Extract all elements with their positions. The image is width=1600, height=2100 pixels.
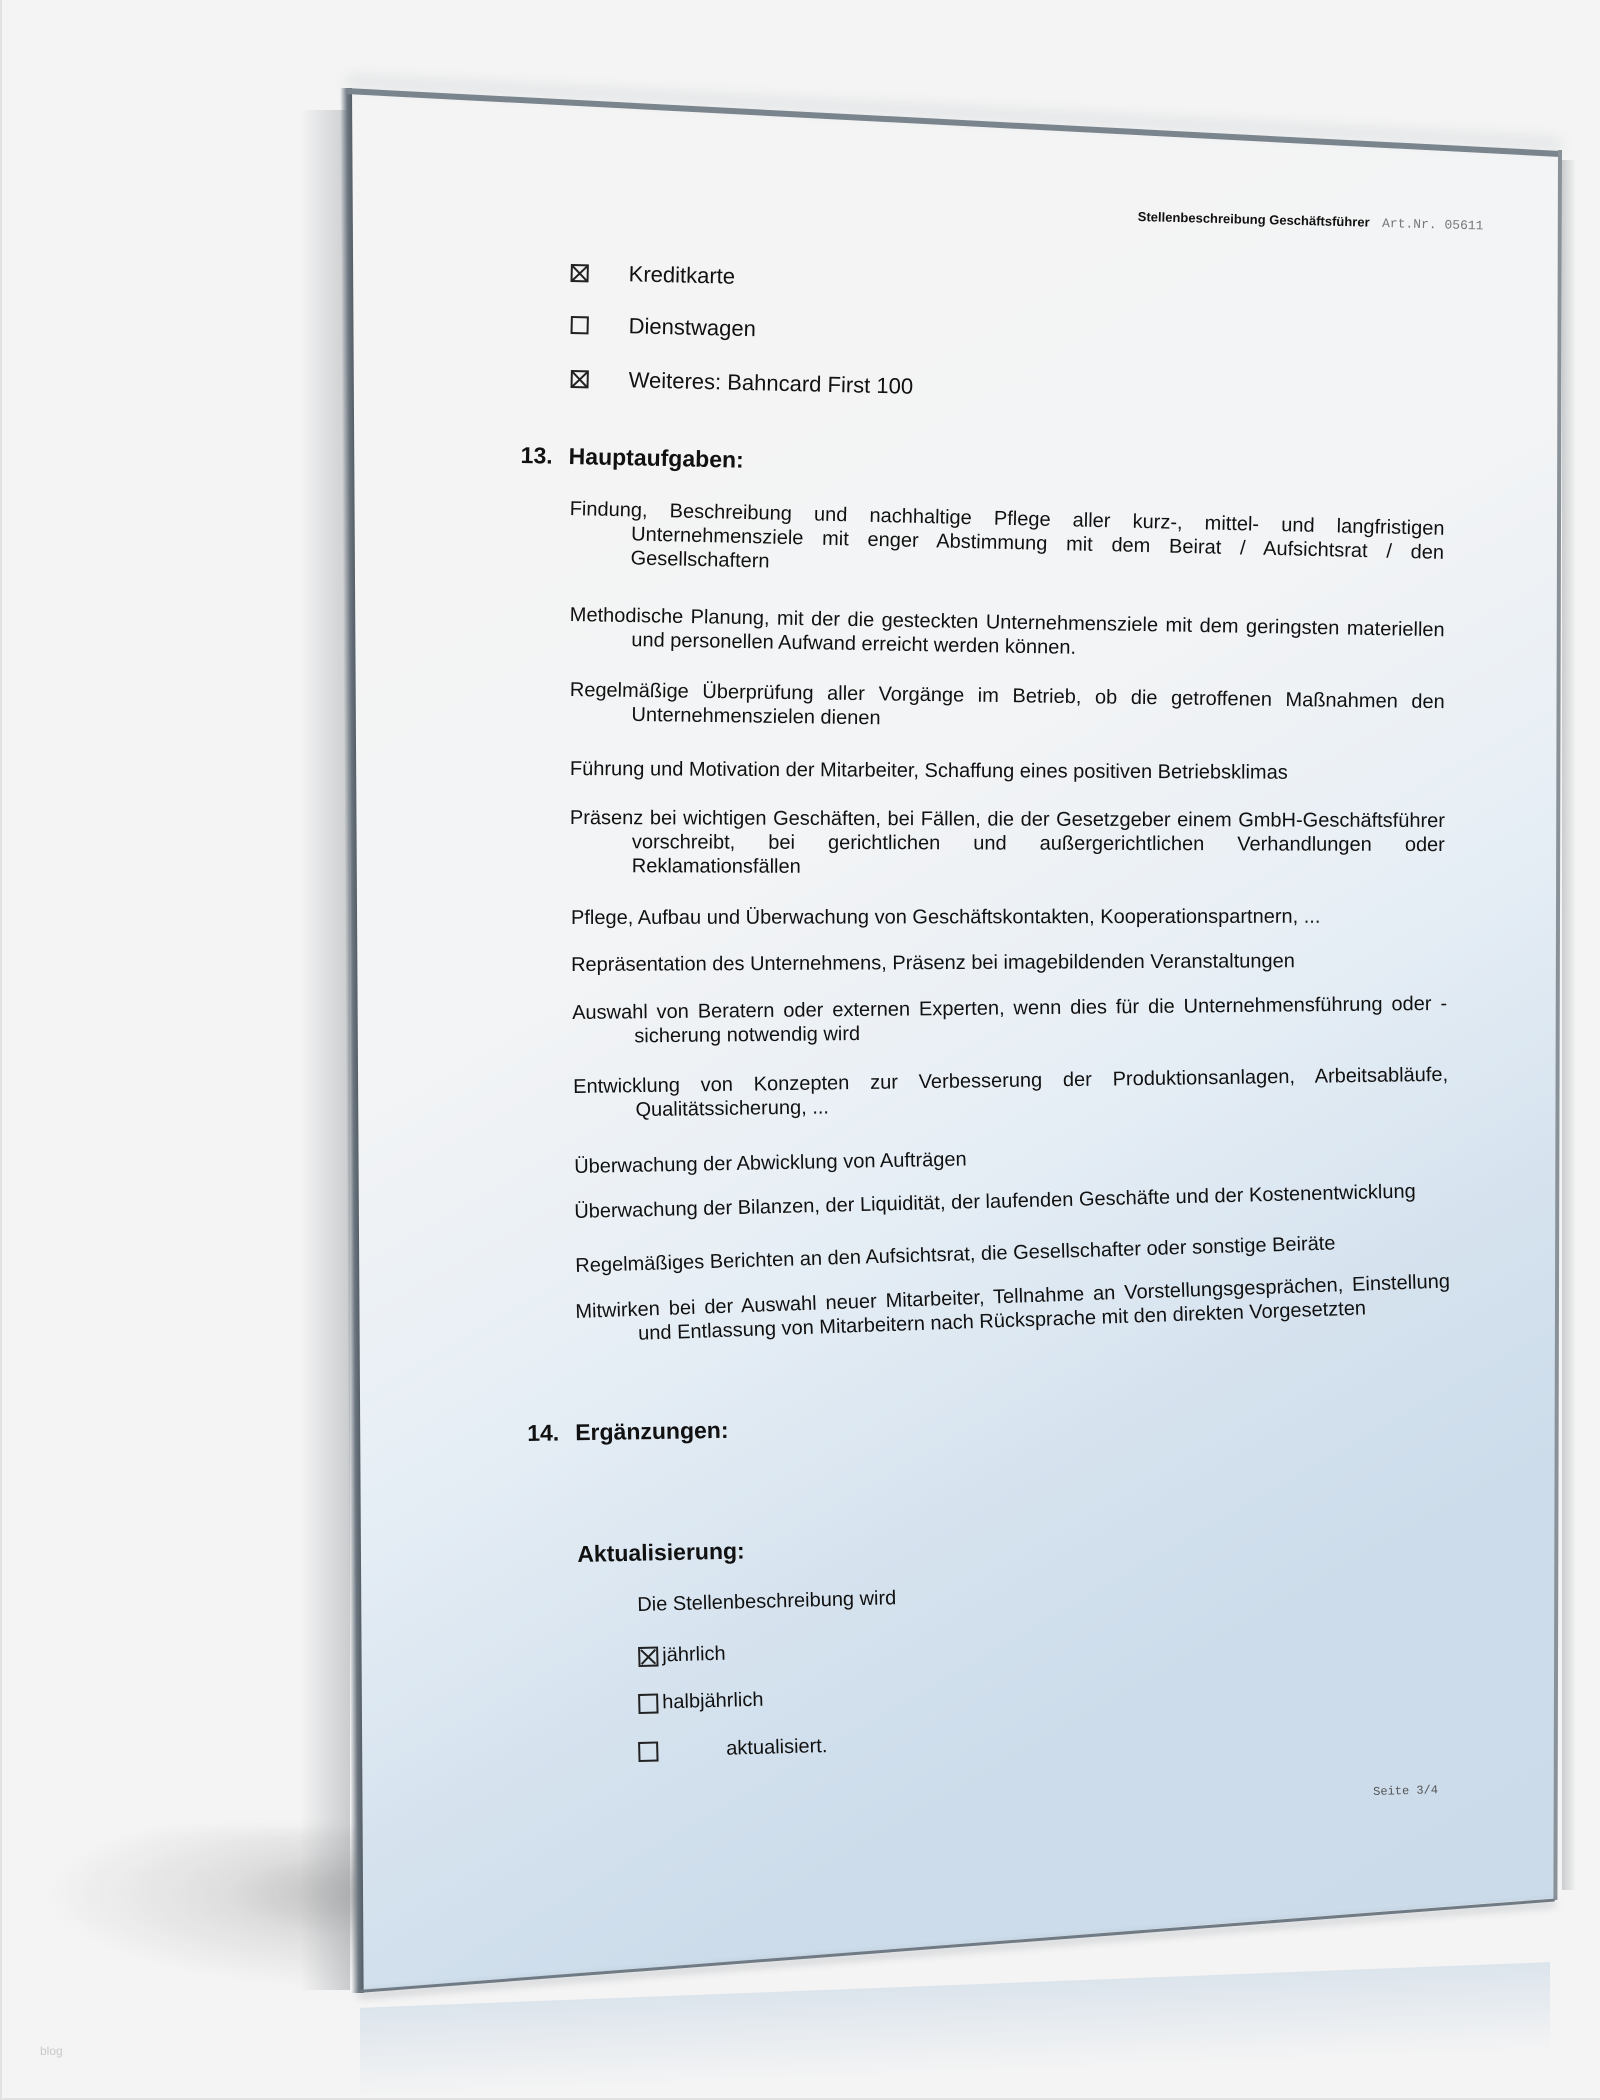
task-item: Pflege, Aufbau und Überwachung von Gesch… (571, 904, 1446, 930)
task-line: Repräsentation des Unternehmens, Präsenz… (571, 948, 1446, 977)
checkbox-checked[interactable] (571, 370, 589, 388)
section-title: Hauptaufgaben: (568, 443, 744, 474)
task-line: Präsenz bei wichtigen Geschäften, bei Fä… (570, 806, 1445, 833)
task-item: Regelmäßiges Berichten an den Aufsichtsr… (575, 1228, 1450, 1278)
task-item: Auswahl von Beratern oder externen Exper… (572, 992, 1447, 1049)
page-number: Seite 3/4 (1373, 1783, 1438, 1799)
update-option-label: jährlich (662, 1643, 726, 1668)
task-item: Regelmäßige Überprüfung aller Vorgänge i… (569, 678, 1445, 738)
benefit-label: Kreditkarte (628, 261, 735, 289)
section-14-heading: 14. Ergänzungen: (527, 1417, 729, 1447)
watermark: blog (40, 2044, 63, 2058)
benefit-item-weiteres: Weiteres: Bahncard First 100 (570, 366, 913, 400)
task-line: Überwachung der Abwicklung von Aufträgen (574, 1138, 1449, 1179)
benefit-item-dienstwagen: Dienstwagen (570, 312, 756, 342)
document-title: Stellenbeschreibung Geschäftsführer (1138, 209, 1370, 230)
update-intro: Die Stellenbeschreibung wird (637, 1587, 897, 1617)
update-heading: Aktualisierung: (577, 1537, 745, 1568)
task-item: Mitwirken bei der Auswahl neuer Mitarbei… (575, 1269, 1451, 1348)
task-item: Überwachung der Bilanzen, der Liquidität… (574, 1179, 1449, 1224)
task-item: Repräsentation des Unternehmens, Präsenz… (571, 948, 1446, 977)
task-item: Überwachung der Abwicklung von Aufträgen (574, 1138, 1449, 1179)
section-13-heading: 13. Hauptaufgaben: (520, 442, 744, 474)
task-line: Pflege, Aufbau und Überwachung von Gesch… (571, 904, 1446, 930)
checkbox-unchecked[interactable] (571, 316, 589, 334)
checkbox-checked[interactable] (571, 264, 589, 282)
task-item: Methodische Planung, mit der die gesteck… (569, 603, 1445, 666)
benefit-label: Weiteres: Bahncard First 100 (628, 367, 913, 399)
task-item: Präsenz bei wichtigen Geschäften, bei Fä… (570, 806, 1445, 881)
article-number: Art.Nr. 05611 (1382, 216, 1484, 233)
task-line: Reklamationsfällen (570, 854, 1445, 881)
checkbox-unchecked[interactable] (638, 1693, 659, 1714)
update-option-label: halbjährlich (662, 1689, 764, 1715)
section-title: Ergänzungen: (575, 1417, 729, 1446)
benefit-item-kreditkarte: Kreditkarte (570, 260, 735, 290)
task-item: Führung und Motivation der Mitarbeiter, … (570, 757, 1445, 786)
document-content: Stellenbeschreibung Geschäftsführer Art.… (0, 0, 1600, 2100)
task-line: Überwachung der Bilanzen, der Liquidität… (574, 1179, 1449, 1224)
update-option-label: aktualisiert. (726, 1735, 828, 1761)
document-header: Stellenbeschreibung Geschäftsführer Art.… (1138, 208, 1484, 234)
update-option-jaehrlich: jährlich (638, 1643, 726, 1668)
section-number: 14. (527, 1419, 575, 1447)
task-item: Entwicklung von Konzepten zur Verbesseru… (573, 1063, 1449, 1123)
section-number: 13. (520, 442, 569, 470)
task-line: vorschreibt, bei gerichtlichen und außer… (570, 830, 1445, 857)
checkbox-checked[interactable] (638, 1646, 659, 1667)
task-line: Führung und Motivation der Mitarbeiter, … (570, 757, 1445, 786)
checkbox-unchecked[interactable] (638, 1741, 659, 1762)
benefit-label: Dienstwagen (628, 313, 756, 342)
update-option-custom: aktualisiert. (638, 1735, 828, 1763)
task-item: Findung, Beschreibung und nachhaltige Pf… (568, 497, 1444, 589)
task-line: Regelmäßiges Berichten an den Aufsichtsr… (575, 1228, 1450, 1278)
update-option-halbjaehrlich: halbjährlich (638, 1689, 764, 1715)
